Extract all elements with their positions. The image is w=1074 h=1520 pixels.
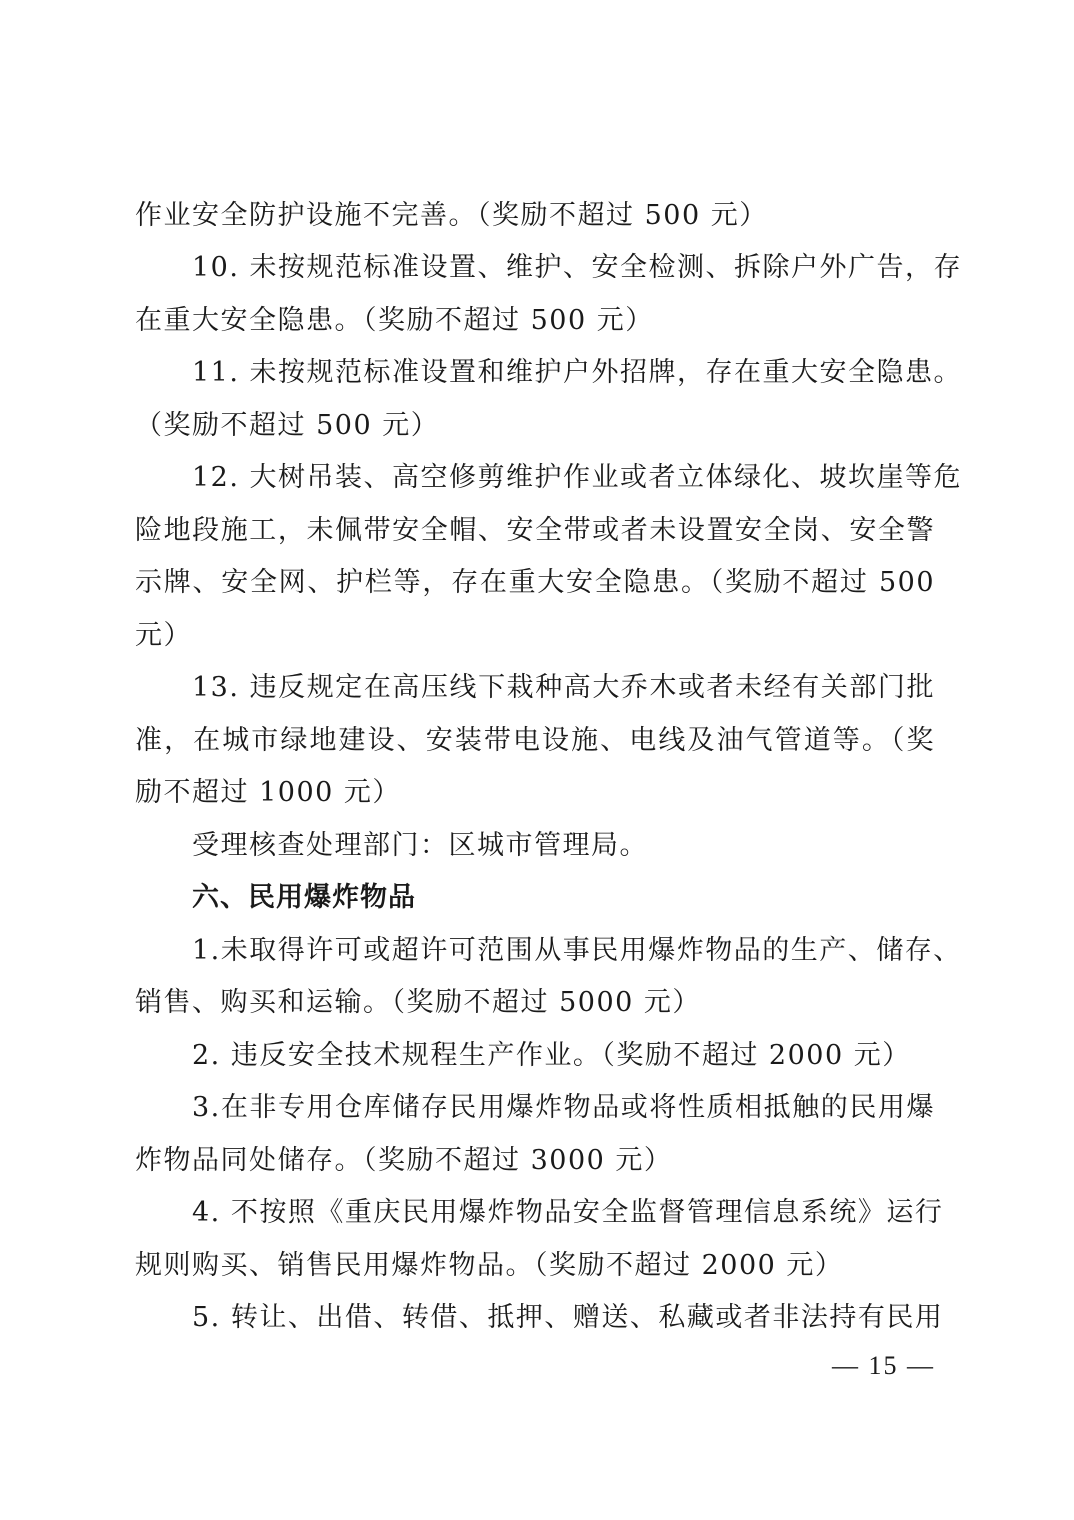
section-heading: 六、民用爆炸物品 <box>192 872 416 924</box>
item-12-line-1: 12. 大树吊装、高空修剪维护作业或者立体绿化、坡坎崖等危 <box>192 452 935 504</box>
item-12-line-2: 险地段施工，未佩带安全帽、安全带或者未设置安全岗、安全警 <box>135 505 935 557</box>
item-12-line-4: 元） <box>135 610 192 662</box>
item-13-line-3: 励不超过 1000 元） <box>135 767 401 819</box>
item-1-line-1: 1.未取得许可或超许可范围从事民用爆炸物品的生产、储存、 <box>192 925 935 977</box>
item-10-line-2: 在重大安全隐患。（奖励不超过 500 元） <box>135 295 654 347</box>
item-2-line-1: 2. 违反安全技术规程生产作业。（奖励不超过 2000 元） <box>192 1030 911 1082</box>
item-3-line-2: 炸物品同处储存。（奖励不超过 3000 元） <box>135 1135 672 1187</box>
item-3-line-1: 3.在非专用仓库储存民用爆炸物品或将性质相抵触的民用爆 <box>192 1082 935 1134</box>
item-12-line-3: 示牌、安全网、护栏等，存在重大安全隐患。（奖励不超过 500 <box>135 557 935 609</box>
item-11-line-2: （奖励不超过 500 元） <box>135 400 439 452</box>
item-4-line-2: 规则购买、销售民用爆炸物品。（奖励不超过 2000 元） <box>135 1240 843 1292</box>
page-number: — 15 — <box>832 1348 935 1384</box>
item-5-line-1: 5. 转让、出借、转借、抵押、赠送、私藏或者非法持有民用 <box>192 1292 935 1344</box>
item-10-line-1: 10. 未按规范标准设置、维护、安全检测、拆除户外广告，存 <box>192 242 935 294</box>
item-11-line-1: 11. 未按规范标准设置和维护户外招牌，存在重大安全隐患。 <box>192 347 935 399</box>
item-13-line-2: 准，在城市绿地建设、安装带电设施、电线及油气管道等。（奖 <box>135 715 935 767</box>
handling-department: 受理核查处理部门：区城市管理局。 <box>192 820 648 872</box>
item-13-line-1: 13. 违反规定在高压线下栽种高大乔木或者未经有关部门批 <box>192 662 935 714</box>
text-line: 作业安全防护设施不完善。（奖励不超过 500 元） <box>135 190 768 242</box>
item-1-line-2: 销售、购买和运输。（奖励不超过 5000 元） <box>135 977 701 1029</box>
item-4-line-1: 4. 不按照《重庆民用爆炸物品安全监督管理信息系统》运行 <box>192 1187 935 1239</box>
